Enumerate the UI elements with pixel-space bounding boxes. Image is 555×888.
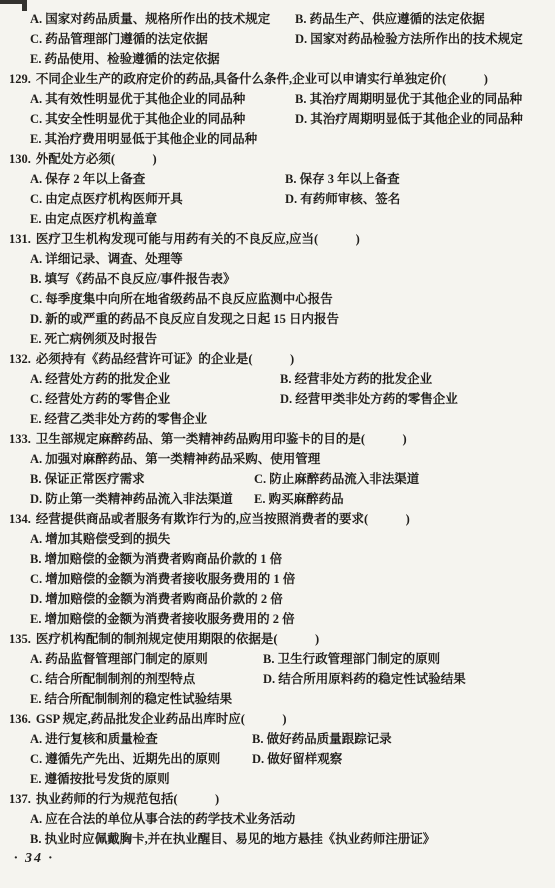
- question-list: A. 国家对药品质量、规格所作出的技术规定B. 药品生产、供应遵循的法定依据 C…: [0, 9, 555, 849]
- option-a: A. 药品监督管理部门制定的原则: [30, 652, 208, 666]
- option-a: A. 详细记录、调查、处理等: [30, 252, 183, 266]
- option-line: A. 应在合法的单位从事合法的药学技术业务活动: [0, 809, 555, 829]
- option-a: A. 增加其赔偿受到的损失: [30, 532, 170, 546]
- option-line: C. 遵循先产先出、近期先出的原则D. 做好留样观察: [0, 749, 555, 769]
- option-c: C. 由定点医疗机构医师开具: [30, 192, 183, 206]
- option-line: E. 遵循按批号发货的原则: [0, 769, 555, 789]
- option-c: C. 增加赔偿的金额为消费者接收服务费用的 1 倍: [30, 572, 295, 586]
- option-line: A. 其有效性明显优于其他企业的同品种B. 其治疗周期明显优于其他企业的同品种: [0, 89, 555, 109]
- question-number: 136.: [9, 712, 31, 726]
- option-d: D. 增加赔偿的金额为消费者购商品价款的 2 倍: [30, 592, 283, 606]
- option-c: C. 药品管理部门遵循的法定依据: [30, 32, 208, 46]
- option-line: B. 执业时应佩戴胸卡,并在执业醒目、易见的地方悬挂《执业药师注册证》: [0, 829, 555, 849]
- option-a: A. 其有效性明显优于其他企业的同品种: [30, 92, 245, 106]
- option-line: B. 填写《药品不良反应/事件报告表》: [0, 269, 555, 289]
- option-d: D. 有药师审核、签名: [285, 189, 400, 209]
- option-c: C. 其安全性明显优于其他企业的同品种: [30, 112, 245, 126]
- option-b: B. 经营非处方药的批发企业: [280, 369, 432, 389]
- option-line: A. 增加其赔偿受到的损失: [0, 529, 555, 549]
- option-line: E. 药品使用、检验遵循的法定依据: [0, 49, 555, 69]
- option-line: A. 保存 2 年以上备查B. 保存 3 年以上备查: [0, 169, 555, 189]
- question-number: 137.: [9, 792, 31, 806]
- option-d: D. 防止第一类精神药品流入非法渠道: [30, 492, 233, 506]
- option-e: E. 结合所配制制剂的稳定性试验结果: [30, 692, 232, 706]
- option-b: B. 保证正常医疗需求: [30, 472, 145, 486]
- option-e: E. 遵循按批号发货的原则: [30, 772, 170, 786]
- option-e: E. 由定点医疗机构盖章: [30, 212, 157, 226]
- option-e: E. 其治疗费用明显低于其他企业的同品种: [30, 132, 257, 146]
- question-stem: 136.GSP 规定,药品批发企业药品出库时应( ): [0, 709, 555, 729]
- option-d: D. 其治疗周期明显低于其他企业的同品种: [295, 109, 523, 129]
- option-a: A. 国家对药品质量、规格所作出的技术规定: [30, 12, 270, 26]
- question-text: 医疗机构配制的制剂规定使用期限的依据是( ): [36, 632, 319, 646]
- option-line: B. 保证正常医疗需求C. 防止麻醉药品流入非法渠道: [0, 469, 555, 489]
- option-d: D. 做好留样观察: [252, 749, 342, 769]
- page-number: · 34 ·: [14, 851, 54, 867]
- option-c: C. 每季度集中向所在地省级药品不良反应监测中心报告: [30, 292, 333, 306]
- question-stem: 132.必须持有《药品经营许可证》的企业是( ): [0, 349, 555, 369]
- question-number: 135.: [9, 632, 31, 646]
- option-d: D. 国家对药品检验方法所作出的技术规定: [295, 29, 523, 49]
- question-stem: 134.经营提供商品或者服务有欺诈行为的,应当按照消费者的要求( ): [0, 509, 555, 529]
- option-line: D. 增加赔偿的金额为消费者购商品价款的 2 倍: [0, 589, 555, 609]
- question-stem: 135.医疗机构配制的制剂规定使用期限的依据是( ): [0, 629, 555, 649]
- question-number: 129.: [9, 72, 31, 86]
- exam-page-scan: A. 国家对药品质量、规格所作出的技术规定B. 药品生产、供应遵循的法定依据 C…: [0, 0, 555, 888]
- option-line: C. 其安全性明显优于其他企业的同品种D. 其治疗周期明显低于其他企业的同品种: [0, 109, 555, 129]
- question-text: 外配处方必须( ): [36, 152, 157, 166]
- question-text: 必须持有《药品经营许可证》的企业是( ): [36, 352, 294, 366]
- option-line: A. 详细记录、调查、处理等: [0, 249, 555, 269]
- scan-artifact: [0, 0, 27, 4]
- option-line: E. 其治疗费用明显低于其他企业的同品种: [0, 129, 555, 149]
- question-stem: 137.执业药师的行为规范包括( ): [0, 789, 555, 809]
- option-line: B. 增加赔偿的金额为消费者购商品价款的 1 倍: [0, 549, 555, 569]
- option-d: D. 经营甲类非处方药的零售企业: [280, 389, 458, 409]
- option-line: C. 每季度集中向所在地省级药品不良反应监测中心报告: [0, 289, 555, 309]
- option-b: B. 药品生产、供应遵循的法定依据: [295, 9, 485, 29]
- option-line: D. 新的或严重的药品不良反应自发现之日起 15 日内报告: [0, 309, 555, 329]
- option-line: C. 药品管理部门遵循的法定依据D. 国家对药品检验方法所作出的技术规定: [0, 29, 555, 49]
- question-stem: 131.医疗卫生机构发现可能与用药有关的不良反应,应当( ): [0, 229, 555, 249]
- question-number: 132.: [9, 352, 31, 366]
- option-c: C. 经营处方药的零售企业: [30, 392, 170, 406]
- question-text: 不同企业生产的政府定价的药品,具备什么条件,企业可以申请实行单独定价( ): [36, 72, 488, 86]
- option-line: E. 增加赔偿的金额为消费者接收服务费用的 2 倍: [0, 609, 555, 629]
- question-text: 医疗卫生机构发现可能与用药有关的不良反应,应当( ): [36, 232, 360, 246]
- option-a: A. 加强对麻醉药品、第一类精神药品采购、使用管理: [30, 452, 320, 466]
- question-number: 131.: [9, 232, 31, 246]
- option-line: A. 药品监督管理部门制定的原则B. 卫生行政管理部门制定的原则: [0, 649, 555, 669]
- option-c: C. 防止麻醉药品流入非法渠道: [254, 469, 419, 489]
- option-e: E. 经营乙类非处方药的零售企业: [30, 412, 207, 426]
- option-line: E. 经营乙类非处方药的零售企业: [0, 409, 555, 429]
- option-line: A. 经营处方药的批发企业B. 经营非处方药的批发企业: [0, 369, 555, 389]
- option-d: D. 新的或严重的药品不良反应自发现之日起 15 日内报告: [30, 312, 339, 326]
- option-line: A. 进行复核和质量检查B. 做好药品质量跟踪记录: [0, 729, 555, 749]
- option-b: B. 做好药品质量跟踪记录: [252, 729, 392, 749]
- option-line: E. 结合所配制制剂的稳定性试验结果: [0, 689, 555, 709]
- option-b: B. 执业时应佩戴胸卡,并在执业醒目、易见的地方悬挂《执业药师注册证》: [30, 832, 435, 846]
- option-e: E. 增加赔偿的金额为消费者接收服务费用的 2 倍: [30, 612, 295, 626]
- question-text: GSP 规定,药品批发企业药品出库时应( ): [36, 712, 287, 726]
- question-stem: 133.卫生部规定麻醉药品、第一类精神药品购用印鉴卡的目的是( ): [0, 429, 555, 449]
- question-text: 经营提供商品或者服务有欺诈行为的,应当按照消费者的要求( ): [36, 512, 410, 526]
- option-c: C. 遵循先产先出、近期先出的原则: [30, 752, 220, 766]
- option-b: B. 卫生行政管理部门制定的原则: [263, 649, 440, 669]
- option-line: A. 加强对麻醉药品、第一类精神药品采购、使用管理: [0, 449, 555, 469]
- option-line: E. 由定点医疗机构盖章: [0, 209, 555, 229]
- option-e: E. 购买麻醉药品: [254, 489, 344, 509]
- question-number: 133.: [9, 432, 31, 446]
- option-a: A. 保存 2 年以上备查: [30, 172, 145, 186]
- option-b: B. 增加赔偿的金额为消费者购商品价款的 1 倍: [30, 552, 282, 566]
- option-line: E. 死亡病例须及时报告: [0, 329, 555, 349]
- option-line: C. 由定点医疗机构医师开具D. 有药师审核、签名: [0, 189, 555, 209]
- question-stem: 130.外配处方必须( ): [0, 149, 555, 169]
- option-line: C. 结合所配制制剂的剂型特点D. 结合所用原料药的稳定性试验结果: [0, 669, 555, 689]
- option-e: E. 药品使用、检验遵循的法定依据: [30, 52, 220, 66]
- option-line: C. 增加赔偿的金额为消费者接收服务费用的 1 倍: [0, 569, 555, 589]
- question-stem: 129.不同企业生产的政府定价的药品,具备什么条件,企业可以申请实行单独定价( …: [0, 69, 555, 89]
- option-c: C. 结合所配制制剂的剂型特点: [30, 672, 195, 686]
- option-line: C. 经营处方药的零售企业D. 经营甲类非处方药的零售企业: [0, 389, 555, 409]
- option-b: B. 其治疗周期明显优于其他企业的同品种: [295, 89, 522, 109]
- option-line: D. 防止第一类精神药品流入非法渠道E. 购买麻醉药品: [0, 489, 555, 509]
- question-number: 130.: [9, 152, 31, 166]
- option-d: D. 结合所用原料药的稳定性试验结果: [263, 669, 466, 689]
- question-text: 执业药师的行为规范包括( ): [36, 792, 219, 806]
- option-b: B. 保存 3 年以上备查: [285, 169, 400, 189]
- question-number: 134.: [9, 512, 31, 526]
- option-b: B. 填写《药品不良反应/事件报告表》: [30, 272, 236, 286]
- option-a: A. 经营处方药的批发企业: [30, 372, 170, 386]
- question-text: 卫生部规定麻醉药品、第一类精神药品购用印鉴卡的目的是( ): [36, 432, 407, 446]
- option-line: A. 国家对药品质量、规格所作出的技术规定B. 药品生产、供应遵循的法定依据: [0, 9, 555, 29]
- option-a: A. 应在合法的单位从事合法的药学技术业务活动: [30, 812, 295, 826]
- option-a: A. 进行复核和质量检查: [30, 732, 158, 746]
- option-e: E. 死亡病例须及时报告: [30, 332, 157, 346]
